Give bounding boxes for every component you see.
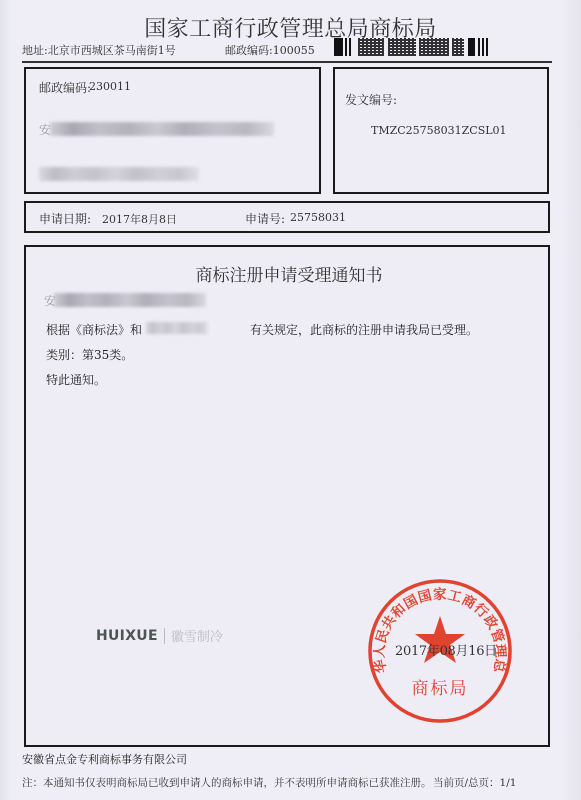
application-number-label: 申请号: (245, 210, 285, 227)
recipient-box: 邮政编码: 230011 安 (24, 67, 321, 194)
logo-separator (164, 628, 165, 644)
notice-closing: 特此通知。 (46, 371, 106, 388)
footer-note: 注：本通知书仅表明商标局已收到申请人的商标申请，并不表明所申请商标已获准注册。 (22, 775, 432, 790)
logo-brand-en: HUIXUE (96, 628, 158, 644)
application-date-value: 2017年8月8日 (102, 211, 177, 227)
agency-name: 安徽省点金专利商标事务有限公司 (22, 751, 187, 767)
notice-body-redacted: 《商标法实施条例》 (142, 321, 250, 338)
document-page: 国家工商行政管理总局商标局 地址:北京市西城区茶马南街1号 邮政编码:10005… (0, 0, 581, 800)
reference-box: 发文编号: TMZC25758031ZCSL01 (333, 67, 549, 194)
recipient-postal-label: 邮政编码: (39, 79, 91, 96)
recipient-postal-value: 230011 (89, 80, 131, 93)
application-date-label: 申请日期: (39, 210, 91, 227)
recipient-contact-redacted (39, 167, 199, 181)
addressee-redacted (54, 293, 206, 307)
header-divider (22, 61, 552, 63)
svg-text:商标局: 商标局 (412, 679, 469, 699)
notice-body: 根据《商标法》和《商标法实施条例》有关规定，此商标的注册申请我局已受理。 (46, 321, 478, 338)
notice-category: 类别：第35类。 (46, 346, 133, 363)
reference-number: TMZC25758031ZCSL01 (371, 124, 507, 137)
seal-date: 2017年08月16日 (395, 640, 497, 659)
logo-brand-cn: 徽雪制冷 (171, 626, 223, 645)
watermark-logo: HUIXUE 徽雪制冷 (96, 626, 223, 645)
notice-body-part1: 根据《商标法》和 (46, 323, 142, 337)
notice-title: 商标注册申请受理通知书 (26, 261, 552, 286)
application-number-value: 25758031 (290, 211, 346, 224)
2d-barcode-icon (334, 38, 491, 56)
notice-body-blur (146, 322, 208, 334)
issuer-title: 国家工商行政管理总局商标局 (0, 12, 581, 43)
page-indicator: 当前页/总页：1/1 (433, 775, 516, 790)
notice-body-part2: 有关规定，此商标的注册申请我局已受理。 (250, 323, 478, 337)
reference-label: 发文编号: (345, 91, 397, 108)
application-info-box: 申请日期: 2017年8月8日 申请号: 25758031 (24, 201, 550, 233)
issuer-address: 地址:北京市西城区茶马南街1号 (22, 42, 176, 58)
issuer-postal-code: 邮政编码:100055 (225, 42, 315, 58)
recipient-address-redacted (50, 122, 274, 136)
